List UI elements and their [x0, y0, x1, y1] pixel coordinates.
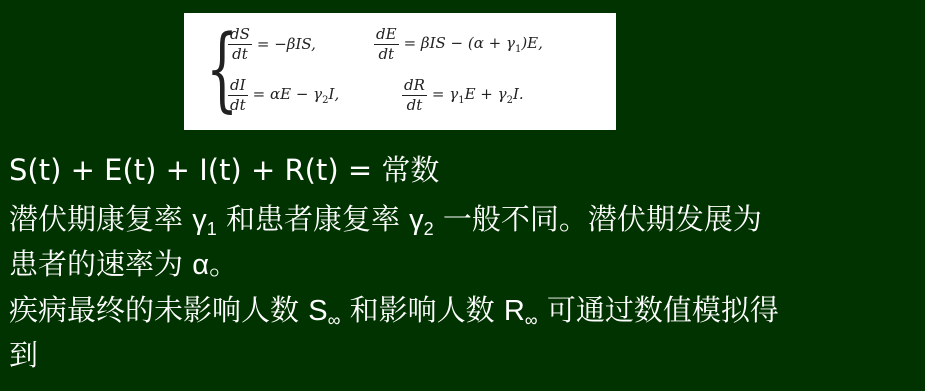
fraction-dE-dt: dE dt: [374, 25, 399, 64]
seir-equation-image: { dS dt = −βIS, dE dt = βIS − (α + γ1)E,…: [184, 13, 616, 130]
numerator: dR: [402, 76, 427, 95]
final-size-statement-continued: 到: [9, 337, 38, 373]
numerator: dI: [228, 76, 248, 95]
conservation-statement: S(t) + E(t) + I(t) + R(t) = 常数: [9, 152, 439, 188]
equation-dI-dt: dI dt = αE − γ2I,: [228, 70, 339, 120]
recovery-rate-statement: 潜伏期康复率 γ1 和患者康复率 γ2 一般不同。潜伏期发展为: [9, 201, 762, 238]
equation-rhs: = αE − γ2I,: [253, 85, 340, 106]
final-size-statement: 疾病最终的未影响人数 S∞ 和影响人数 R∞ 可通过数值模拟得: [9, 292, 779, 329]
equation-dS-dt: dS dt = −βIS,: [228, 19, 316, 69]
equation-rhs: = γ1E + γ2I.: [432, 85, 524, 106]
progression-rate-statement: 患者的速率为 α。: [9, 246, 238, 283]
denominator: dt: [376, 45, 396, 64]
denominator: dt: [228, 96, 248, 115]
numerator: dS: [228, 25, 252, 44]
denominator: dt: [405, 96, 425, 115]
equation-rhs: = −βIS,: [257, 35, 316, 53]
fraction-dS-dt: dS dt: [228, 25, 252, 64]
equation-dR-dt: dR dt = γ1E + γ2I.: [402, 70, 524, 120]
equation-rhs: = βIS − (α + γ1)E,: [404, 34, 543, 55]
fraction-dI-dt: dI dt: [228, 76, 248, 115]
numerator: dE: [374, 25, 399, 44]
equation-dE-dt: dE dt = βIS − (α + γ1)E,: [374, 19, 543, 69]
fraction-dR-dt: dR dt: [402, 76, 427, 115]
denominator: dt: [230, 45, 250, 64]
